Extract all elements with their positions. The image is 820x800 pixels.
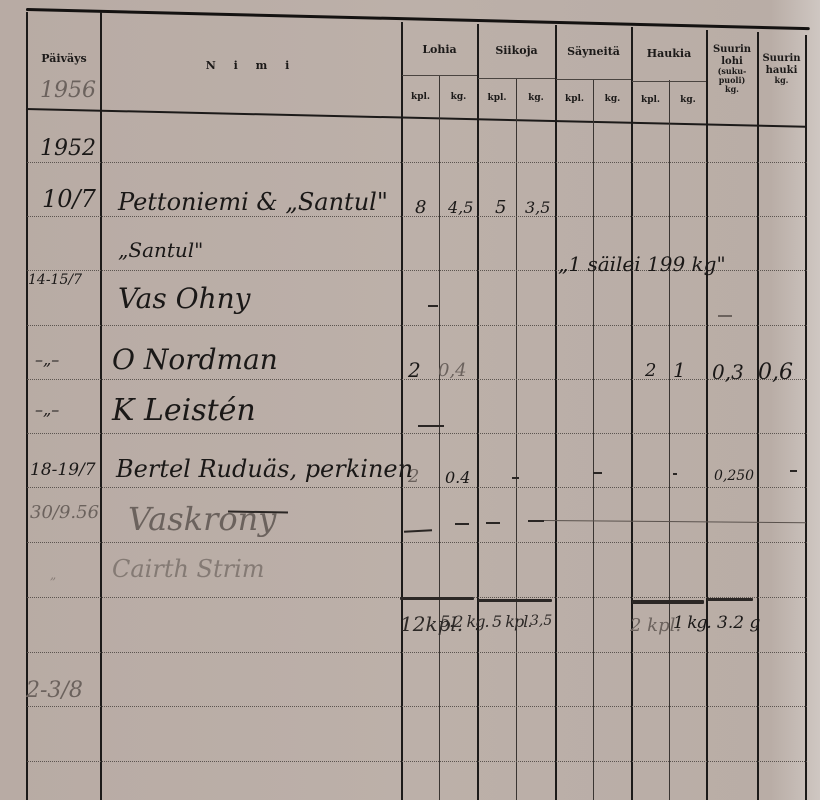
row-date: –„– bbox=[35, 400, 59, 419]
column-border bbox=[631, 27, 633, 800]
salmon-kg: 4,5 bbox=[448, 198, 473, 217]
header-largest-salmon: Suurin lohi (suku- puoli) kg. bbox=[707, 44, 757, 95]
strike-line bbox=[544, 520, 806, 523]
header-line: kg. bbox=[707, 85, 757, 94]
header-ide: Säyneitä bbox=[556, 46, 631, 59]
largest-salmon: 0,250 bbox=[714, 468, 754, 484]
salmon-kpl: 2 bbox=[408, 466, 419, 487]
top-border bbox=[26, 8, 810, 30]
row-date: 30/9.56 bbox=[30, 502, 99, 523]
header-line: Suurin bbox=[758, 53, 805, 65]
row-line bbox=[27, 542, 807, 543]
header-bottom-border bbox=[26, 108, 806, 127]
total-underline bbox=[478, 599, 552, 602]
row-name: Bertel Ruduäs, perkinen bbox=[116, 455, 413, 483]
salmon-kg: 0.4 bbox=[445, 468, 470, 487]
row-name: „Santul" bbox=[118, 238, 203, 262]
total-underline bbox=[400, 597, 474, 600]
row-name: Pettoniemi & „Santul" bbox=[118, 188, 388, 216]
header-salmon: Lohia bbox=[402, 44, 477, 57]
largest-pike: 0,6 bbox=[758, 360, 793, 385]
row-line bbox=[27, 487, 807, 488]
row-date: 1952 bbox=[40, 136, 96, 161]
subheader-divider bbox=[556, 79, 631, 80]
row-name: Cairth Strim bbox=[112, 555, 265, 583]
unit-kpl: kpl. bbox=[556, 94, 593, 104]
row-date: 18-19/7 bbox=[30, 460, 96, 480]
header-line: kg. bbox=[758, 76, 805, 85]
column-border bbox=[706, 30, 708, 800]
row-name: O Nordman bbox=[112, 343, 278, 376]
column-border bbox=[477, 24, 479, 800]
column-border bbox=[757, 32, 759, 800]
row-date: 10/7 bbox=[42, 185, 96, 213]
unit-kpl: kpl. bbox=[478, 93, 516, 103]
unit-kg: kg. bbox=[440, 92, 477, 102]
row-name: Vas Ohny bbox=[118, 282, 250, 315]
subheader-divider bbox=[478, 78, 555, 79]
unit-kpl: kpl. bbox=[632, 95, 669, 105]
row-line bbox=[27, 162, 807, 163]
subheader-divider bbox=[402, 75, 477, 76]
dash-mark bbox=[512, 477, 519, 479]
column-border bbox=[669, 80, 670, 800]
dash-mark bbox=[418, 425, 444, 427]
salmon-kpl: 8 bbox=[415, 197, 426, 218]
dash-mark bbox=[404, 529, 432, 532]
pike-kg: 1 bbox=[673, 358, 686, 382]
row-name: K Leistén bbox=[112, 393, 256, 428]
dash-mark bbox=[718, 315, 732, 317]
header-pike: Haukia bbox=[632, 48, 706, 61]
total-whitefish-weight: 3,5 bbox=[530, 613, 552, 629]
column-border bbox=[100, 12, 102, 800]
row-line bbox=[27, 706, 807, 707]
column-border bbox=[805, 35, 807, 800]
total-whitefish-count: 5 kpl. bbox=[492, 612, 531, 631]
column-border bbox=[516, 78, 517, 800]
pike-kpl: 2 bbox=[645, 360, 656, 381]
unit-kpl: kpl. bbox=[402, 92, 439, 102]
row-line bbox=[27, 325, 807, 326]
row-date: „ bbox=[50, 568, 56, 582]
row-note: „1 säilei 199 kg" bbox=[558, 252, 726, 276]
header-date: Päiväys bbox=[28, 53, 100, 66]
header-whitefish: Siikoja bbox=[478, 45, 555, 58]
salmon-kg: 0,4 bbox=[438, 360, 467, 381]
unit-kg: kg. bbox=[594, 94, 631, 104]
subheader-divider bbox=[632, 81, 706, 82]
dash-mark bbox=[455, 523, 469, 525]
salmon-kpl: 2 bbox=[408, 358, 421, 382]
column-border bbox=[439, 75, 440, 800]
whitefish-kpl: 5 bbox=[495, 197, 506, 218]
dash-mark bbox=[428, 305, 438, 307]
row-date: 2-3/8 bbox=[26, 678, 83, 703]
total-underline bbox=[632, 600, 704, 604]
whitefish-kg: 3,5 bbox=[525, 198, 550, 217]
row-date: 14-15/7 bbox=[28, 272, 82, 288]
header-year: 1956 bbox=[40, 78, 96, 103]
header-largest-pike: Suurin hauki kg. bbox=[758, 53, 805, 85]
total-salmon-weight: 5.2 kg. bbox=[440, 612, 489, 631]
row-name: Vaskrony bbox=[128, 500, 276, 538]
largest-salmon: 0,3 bbox=[712, 360, 744, 384]
row-date: –„– bbox=[35, 350, 59, 369]
row-line bbox=[27, 652, 807, 653]
column-border bbox=[401, 22, 403, 800]
row-line bbox=[27, 761, 807, 762]
dash-mark bbox=[486, 522, 500, 524]
unit-kg: kg. bbox=[517, 93, 555, 103]
header-name: N i m i bbox=[101, 60, 401, 73]
header-line: Suurin bbox=[707, 44, 757, 56]
total-largest: 3.2 g bbox=[717, 613, 760, 633]
dash-mark bbox=[528, 520, 544, 522]
dash-mark bbox=[673, 473, 677, 475]
dash-mark bbox=[593, 472, 602, 474]
row-line bbox=[27, 433, 807, 434]
unit-kg: kg. bbox=[670, 95, 706, 105]
total-pike-weight: 1 kg. bbox=[673, 613, 711, 633]
column-border bbox=[555, 25, 557, 800]
total-underline bbox=[707, 598, 753, 601]
dash-mark bbox=[790, 470, 797, 472]
column-border bbox=[593, 79, 594, 800]
